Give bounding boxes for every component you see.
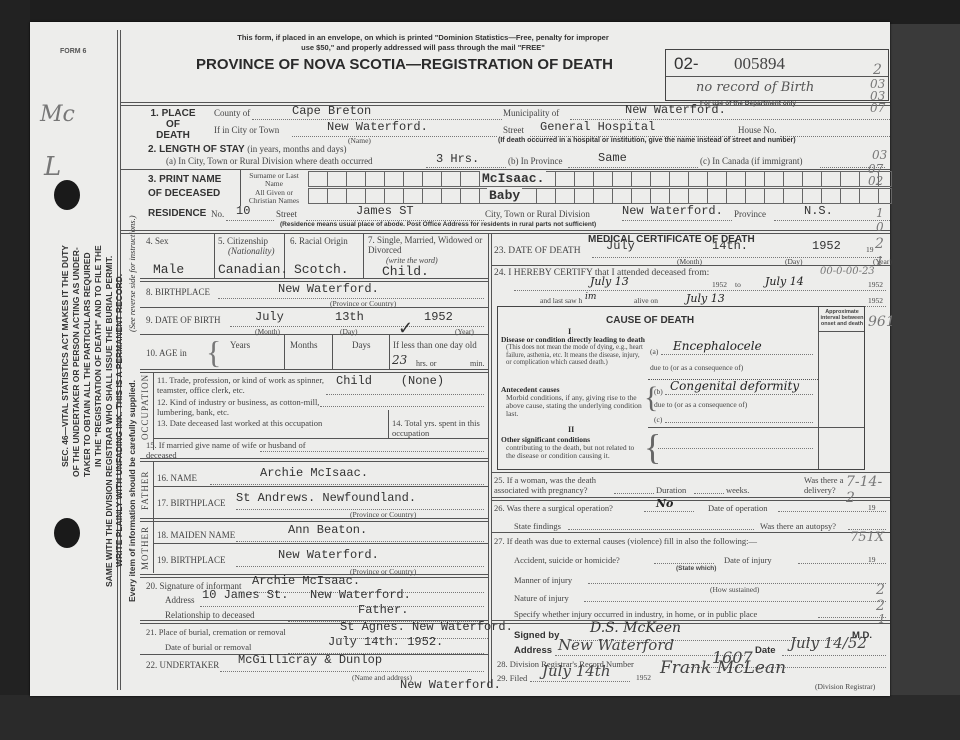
divider [153,543,488,544]
attended-to-year: 1952 [868,280,883,289]
county-label: County of [214,108,250,118]
findings-field [568,528,754,530]
divider [120,102,890,106]
stay-city-label: (a) In City, Town or Rural Division wher… [166,156,373,166]
residence-city-value: New Waterford. [622,204,723,218]
registration-prefix: 02- [674,54,699,74]
residence-street-field: James ST [306,208,484,221]
mother-maiden-label: 18. MAIDEN NAME [157,530,235,540]
cause-b-field [665,393,813,395]
divider [153,486,488,487]
q11-field: Child (None) [326,382,484,395]
checkmark-icon: ✓ [398,318,413,339]
q12-label: 12. Kind of industry or business, as cot… [157,397,337,417]
father-birthplace-label: 17. BIRTHPLACE [157,498,225,508]
min-label: min. [470,359,484,368]
mother-maiden-field: Ann Beaton. [236,529,484,542]
q25-field [614,492,654,494]
margin-code: 0 [876,220,884,234]
marital-value: Child. [382,264,429,279]
dob-field: July 13th 1952 [230,314,484,327]
scan-background-bottom [0,695,960,740]
age-label: 10. AGE in [146,348,187,358]
state-which-caption: (State which) [676,565,716,572]
cause-of-death-box: CAUSE OF DEATH Approximate interval betw… [497,306,865,470]
weeks-label: weeks. [726,485,749,495]
informant-signature-value: Archie McIsaac. [252,574,360,588]
cause-a-field [661,353,813,355]
burial-place-value: St Agnes. New Waterford. [340,620,513,634]
column-divider [488,233,492,687]
attended-from: July 13 [590,275,629,288]
due-to-label: due to (or as a consequence of) [654,400,747,409]
year-prefix: 19 [868,555,876,564]
occupation-side-label: OCCUPATION [140,374,150,440]
stay-canada-label: (c) In Canada (if immigrant) [700,156,802,166]
divider [140,334,488,335]
findings-label: State findings [514,521,561,531]
municipality-label: Municipality of [503,108,559,118]
physician-signature: D.S. McKeen [590,620,681,636]
divider [389,335,390,369]
residence-no-label: No. [211,209,224,219]
signed-date-label: Date [755,645,776,656]
accident-label: Accident, suicide or homicide? [514,555,620,565]
injury-location-field [818,616,886,618]
residence-no-field: 10 [226,208,274,221]
house-label: House No. [738,125,777,135]
residence-city-label: City, Town or Rural Division [485,209,590,219]
department-box: 02- 005894 no record of Birth [665,49,889,101]
mail-notice-line2: use $50," and properly addressed will pa… [208,43,638,52]
q26-field [644,510,694,512]
q26-value: No [656,497,673,510]
antecedent-note: Morbid conditions, if any, giving rise t… [506,394,644,418]
age-days-header: Days [352,340,371,350]
divider [120,230,890,234]
filed-value: July 14th [542,662,611,680]
street-field: General Hospital [530,124,735,137]
residence-province-field: N.S. [774,208,890,221]
marital-label: 7. Single, Married, Widowed or Divorced [368,235,486,255]
q25-label: 25. If a woman, was the death associated… [494,475,604,495]
attended-to: July 14 [765,275,804,288]
margin-code: 1 [876,254,884,268]
due-to-label: due to (or as a consequence of) [650,363,743,372]
divider [491,497,890,501]
residence-city-field: New Waterford. [622,208,732,221]
citizenship-value: Canadian. [218,262,288,277]
department-note: no record of Birth [696,80,814,95]
divider [153,461,154,573]
house-field [780,124,890,137]
divider [388,410,389,438]
registrar-signature: Frank McLean [660,658,786,678]
manner-field [588,582,886,584]
duration-field [694,492,724,494]
divider [240,170,241,206]
margin-code: 961 [868,314,895,330]
municipality-field: New Waterford. [570,107,890,120]
informant-address-value: 10 James St. New Waterford. [202,588,411,602]
autopsy-label: Was there an autopsy? [760,521,836,531]
signed-date-value: July 14/52 [790,634,867,652]
death-registration-form: Mc L SEC. 46—VITAL STATISTICS ACT MAKES … [30,22,890,696]
q12-field [320,405,484,407]
dob-year: 1952 [424,310,453,324]
municipality-value: New Waterford. [625,103,726,117]
city-field: New Waterford. [292,124,497,137]
stay-province-field: Same [568,155,698,168]
q15-field [260,450,484,452]
form-number: FORM 6 [60,48,86,55]
margin-code: 03 [872,148,887,162]
place-of-death-heading: 1. PLACE OF DEATH [148,108,198,141]
cause-b-tag: (b) [654,387,663,396]
divider [140,369,488,373]
divider [363,233,364,279]
mother-birthplace-value: New Waterford. [278,548,379,562]
cause-c-field [665,421,813,423]
direct-cause-label: Disease or condition directly leading to… [501,335,645,344]
father-birthplace-field: St Andrews. Newfoundland. [236,497,484,510]
father-birthplace-value: St Andrews. Newfoundland. [236,491,416,505]
relationship-value: Father. [358,603,408,617]
undertaker-label: 22. UNDERTAKER [146,660,219,670]
to-label: to [735,280,741,289]
residence-note: (Residence means usual place of abode. P… [280,221,596,228]
punch-hole-bottom [54,518,80,548]
residence-street-value: James ST [356,204,414,218]
age-less-than-day: If less than one day old [393,340,477,350]
mother-birthplace-label: 19. BIRTHPLACE [157,555,225,565]
citizenship-label: 5. Citizenship [218,236,268,246]
street-label: Street [503,125,524,135]
handwritten-l: L [44,152,61,182]
relationship-label: Relationship to deceased [165,610,254,620]
divider [153,438,488,439]
city-label: If in City or Town [214,125,279,135]
stay-city-field: 3 Hrs. [426,155,506,168]
divider [491,532,890,533]
alive-on-label: alive on [634,296,658,305]
birthplace-value: New Waterford. [278,282,379,296]
mail-notice-line1: This form, if placed in an envelope, on … [208,33,638,42]
divider [491,620,890,624]
burial-date-value: July 14th. 1952. [328,635,443,649]
punch-hole-top [54,180,80,210]
q13-label: 13. Date deceased last worked at this oc… [157,418,327,428]
age-brace: { [206,336,221,368]
dod-month: July [606,239,635,253]
divider [332,335,333,369]
how-sustained-caption: (How sustained) [710,585,759,594]
birthplace-field: New Waterford. [218,286,484,299]
last-saw-pronoun: im [585,292,596,302]
divider [214,233,215,279]
dob-day: 13th [335,310,364,324]
county-field: Cape Breton [252,107,502,120]
burial-date-label: Date of burial or removal [165,642,251,652]
undertaker-value: McGillicray & Dunlop [238,653,382,667]
street-value: General Hospital [540,120,655,134]
age-hours-value: 23 [392,353,407,367]
surname-value: McIsaac. [480,171,546,186]
surname-grid [308,171,892,187]
manner-label: Manner of injury [514,575,572,585]
registration-number: 005894 [734,54,785,74]
margin-code: 2 [875,236,884,252]
city-caption: (Name) [348,136,371,145]
cause-a-value: Encephalocele [673,339,762,353]
cause-heading: CAUSE OF DEATH [606,315,694,326]
dod-day: 14th. [712,239,748,253]
interval-heading: Approximate interval between onset and d… [820,309,864,327]
stay-province-label: (b) In Province [508,156,562,166]
handwritten-mc: Mc [40,102,75,127]
margin-code: 2 [873,62,882,78]
divider [120,169,890,170]
year-prefix: 19 [866,245,874,254]
divider [284,335,285,369]
length-of-stay-heading: 2. LENGTH OF STAY (in years, months and … [148,144,347,155]
mother-side-label: MOTHER [140,526,150,570]
q11-label: 11. Trade, profession, or kind of work a… [157,375,327,395]
statute-line: IN THE "REGISTRATION OF DEATH" AND TO FI… [93,245,104,467]
margin-code: 00-0-00-23 [820,266,875,277]
father-name-field: Archie McIsaac. [210,472,484,485]
last-saw-year: 1952 [868,296,883,305]
filed-year: 1952 [636,673,651,682]
statute-line: TAKER TO OBTAIN ALL THE PARTICULARS REQU… [82,252,93,477]
margin-code: 7-14-2 [846,474,890,506]
county-value: Cape Breton [292,104,371,118]
last-saw-label: and last saw h [540,296,582,305]
divider [140,307,488,308]
racial-origin-label: 6. Racial Origin [290,236,348,246]
scan-background-top [0,0,960,24]
undertaker-city: New Waterford. [400,678,501,692]
father-name-label: 16. NAME [157,473,197,483]
margin-code: 07 [870,101,885,115]
nature-field [584,600,886,602]
stay-province-value: Same [598,151,627,165]
physician-address-value: New Waterford [558,636,674,654]
margin-code: 2 [876,582,885,598]
physician-address-label: Address [514,645,552,656]
injury-location-label: Specify whether injury occurred in indus… [514,609,757,619]
mother-birthplace-field: New Waterford. [236,554,484,567]
injury-date-label: Date of injury [724,555,772,565]
given-names-value: Baby [487,188,522,203]
filed-label: 29. Filed [497,673,527,683]
registrar-caption: (Division Registrar) [815,682,875,691]
direct-cause-note: (This does not mean the mode of dying, e… [506,344,644,367]
date-of-death-field: July 14th. 1952 19 [592,245,882,258]
form-title: PROVINCE OF NOVA SCOTIA—REGISTRATION OF … [196,56,613,73]
statute-footer: Every item of information should be care… [127,380,138,602]
father-name-value: Archie McIsaac. [260,466,368,480]
signed-date-field [782,654,886,656]
margin-code: 1 [876,206,884,220]
date-of-death-label: 23. DATE OF DEATH [494,246,581,256]
residence-province-value: N.S. [804,204,833,218]
q27-label: 27. If death was due to external causes … [494,536,757,546]
accident-field [654,562,714,564]
stay-city-value: 3 Hrs. [436,152,479,166]
margin-code: 751X [850,530,884,545]
q14-label: 14. Total yrs. spent in this occupation [392,418,487,438]
citizenship-sub: (Nationality) [228,246,275,256]
statute-line: SEC. 46—VITAL STATISTICS ACT MAKES IT TH… [60,245,71,467]
attended-from-year: 1952 [712,280,727,289]
hrs-label: hrs. or [416,359,436,368]
cause-a-tag: (a) [650,347,658,356]
duration-label: Duration [656,485,686,495]
scan-background-left [0,0,30,740]
residence-heading: RESIDENCE [148,208,206,219]
q11-value: Child (None) [336,374,444,388]
sex-label: 4. Sex [146,236,169,246]
dod-year: 1952 [812,239,841,253]
nature-label: Nature of injury [514,593,569,603]
dob-label: 9. DATE OF BIRTH [146,315,220,325]
surname-label: Surname or Last Name [244,172,304,188]
undertaker-field: McGillicray & Dunlop [220,659,484,672]
dob-month: July [255,310,284,324]
margin-code: 1 [878,612,886,626]
given-names-grid [308,188,892,204]
informant-address-field: 10 James St. New Waterford. [200,594,484,607]
attended-field [514,289,886,291]
cause-c-tag: (c) [654,415,662,424]
divider [140,458,488,462]
residence-no-value: 10 [236,204,250,218]
divider [491,472,890,473]
q26-label: 26. Was there a surgical operation? [494,503,613,513]
city-value: New Waterford. [327,120,428,134]
operation-date-label: Date of operation [708,503,767,513]
filed-field [530,680,630,682]
other-conditions-field [658,447,813,449]
statute-line: OF THE UNDERTAKER OR PERSON ACTING AS UN… [71,247,82,477]
age-years-header: Years [230,340,250,350]
sex-value: Male [153,262,184,277]
part-two-label: II [568,425,574,434]
institution-note: (If death occurred in a hospital or inst… [498,137,796,144]
mother-maiden-value: Ann Beaton. [288,523,367,537]
print-name-heading: 3. PRINT NAMEOF DECEASED [148,173,221,201]
last-saw-date: July 13 [686,292,725,305]
other-conditions-note: contributing to the death, but not relat… [506,444,644,460]
given-names-label: All Given or Christian Names [244,189,304,205]
residence-province-label: Province [734,209,766,219]
racial-origin-value: Scotch. [294,262,349,277]
birthplace-label: 8. BIRTHPLACE [146,287,210,297]
residence-street-label: Street [276,209,297,219]
informant-address-label: Address [165,595,195,605]
cause-b-value: Congenital deformity [670,379,799,393]
age-months-header: Months [290,340,318,350]
burial-place-label: 21. Place of burial, cremation or remova… [146,627,286,637]
margin-code: 02 [868,174,883,188]
statute-line: WRITE PLAINLY WITH UNFADING INK. THIS IS… [114,274,125,567]
father-side-label: FATHER [140,471,150,510]
signed-by-label: Signed by [514,630,559,641]
divider [140,518,488,522]
